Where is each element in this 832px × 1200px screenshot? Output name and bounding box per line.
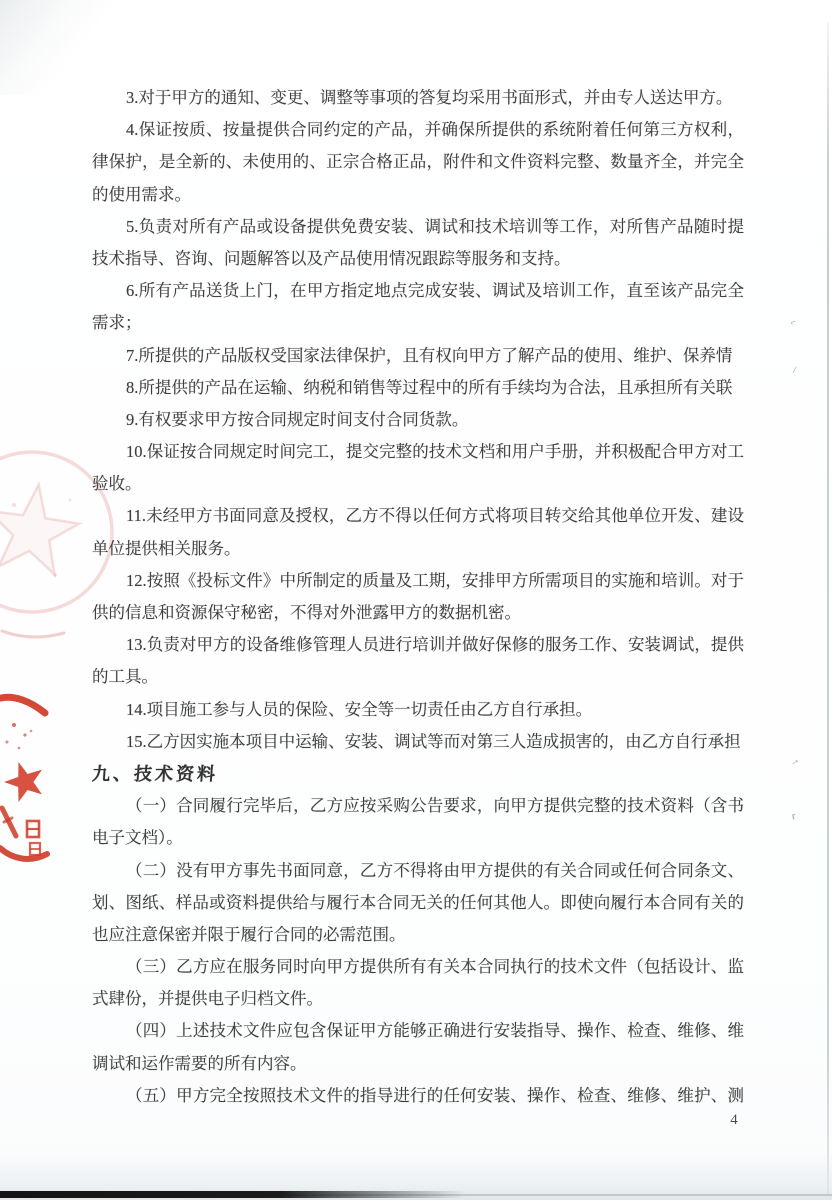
ink-speck: ⌐ <box>789 317 798 328</box>
text-line: 9.有权要求甲方按合同规定时间支付合同货款。 <box>92 404 744 436</box>
text-line: 7.所提供的产品版权受国家法律保护，且有权向甲方了解产品的使用、维护、保养情况。 <box>92 340 744 372</box>
text-line: 的工具。 <box>92 661 744 693</box>
text-line: 8.所提供的产品在运输、纳税和销售等过程中的所有手续均为合法，且承担所有关联责任… <box>92 372 744 404</box>
text-line: 也应注意保密并限于履行合同的必需范围。 <box>92 919 744 951</box>
text-line: 式肆份，并提供电子归档文件。 <box>92 983 744 1015</box>
text-line: 验收。 <box>92 468 744 500</box>
text-line: 调试和运作需要的所有内容。 <box>92 1048 744 1080</box>
text-line: （四）上述技术文件应包含保证甲方能够正确进行安装指导、操作、检查、维修、维护、测… <box>92 1015 744 1047</box>
section-heading: 九、技术资料 <box>91 758 745 790</box>
text-line: 4.保证按质、按量提供合同约定的产品，并确保所提供的系统附着任何第三方权利，受国… <box>92 114 744 146</box>
text-line: 13.负责对甲方的设备维修管理人员进行培训并做好保修的服务工作、安装调试，提供安… <box>92 629 744 661</box>
page-number: 4 <box>722 1112 746 1129</box>
text-line: （二）没有甲方事先书面同意，乙方不得将由甲方提供的有关合同或任何合同条文、规格、… <box>92 855 744 887</box>
scanned-contract-page: ⌐/→r 3.对于甲方的通知、变更、调整等事项的答复均采用书面形式，并由专人送达… <box>0 0 832 1200</box>
text-line: 供的信息和资源保守秘密，不得对外泄露甲方的数据机密。 <box>92 597 744 629</box>
text-line: 技术指导、咨询、问题解答以及产品使用情况跟踪等服务和支持。 <box>92 243 744 275</box>
text-line: 划、图纸、样品或资料提供给与履行本合同无关的任何其他人。即使向履行本合同有关的人… <box>92 887 744 919</box>
text-line: 6.所有产品送货上门，在甲方指定地点完成安装、调试及培训工作，直至该产品完全符合… <box>92 275 744 307</box>
text-line: 11.未经甲方书面同意及授权，乙方不得以任何方式将项目转交给其他单位开发、建设或… <box>92 500 744 532</box>
ink-speck: r <box>791 812 796 822</box>
text-line: （一）合同履行完毕后，乙方应按采购公告要求，向甲方提供完整的技术资料（含书面文档… <box>92 790 744 822</box>
ink-speck: / <box>792 366 796 376</box>
scan-bottom-edge <box>0 1191 466 1198</box>
text-line: 5.负责对所有产品或设备提供免费安装、调试和技术培训等工作，对所售产品随时提供免… <box>92 211 744 243</box>
text-line: 12.按照《投标文件》中所制定的质量及工期，安排甲方所需项目的实施和培训。对于甲… <box>92 565 744 597</box>
scan-right-edge-line <box>827 22 829 1194</box>
text-line: 14.项目施工参与人员的保险、安全等一切责任由乙方自行承担。 <box>92 694 744 726</box>
document-lines: 3.对于甲方的通知、变更、调整等事项的答复均采用书面形式，并由专人送达甲方。4.… <box>92 82 744 1112</box>
text-line: 电子文档）。 <box>92 822 744 854</box>
text-line: 3.对于甲方的通知、变更、调整等事项的答复均采用书面形式，并由专人送达甲方。 <box>92 82 744 114</box>
text-line: 单位提供相关服务。 <box>92 533 744 565</box>
text-line: 的使用需求。 <box>92 179 744 211</box>
text-line: （三）乙方应在服务同时向甲方提供所有有关本合同执行的技术文件（包括设计、监造等）… <box>92 951 744 983</box>
text-line: 需求； <box>92 307 744 339</box>
ink-speck: → <box>788 755 802 769</box>
text-line: 15.乙方因实施本项目中运输、安装、调试等而对第三人造成损害的，由乙方自行承担一… <box>92 726 744 758</box>
text-line: （五）甲方完全按照技术文件的指导进行的任何安装、操作、检查、维修、维护、测试、调… <box>92 1080 744 1112</box>
company-seal-partial-icon <box>0 690 62 872</box>
scan-corner-shadow <box>0 0 130 95</box>
text-line: 律保护，是全新的、未使用的、正宗合格正品，附件和文件资料完整、数量齐全，并完全达… <box>92 146 744 178</box>
text-line: 10.保证按合同规定时间完工，提交完整的技术文档和用户手册，并积极配合甲方对工程… <box>92 436 744 468</box>
